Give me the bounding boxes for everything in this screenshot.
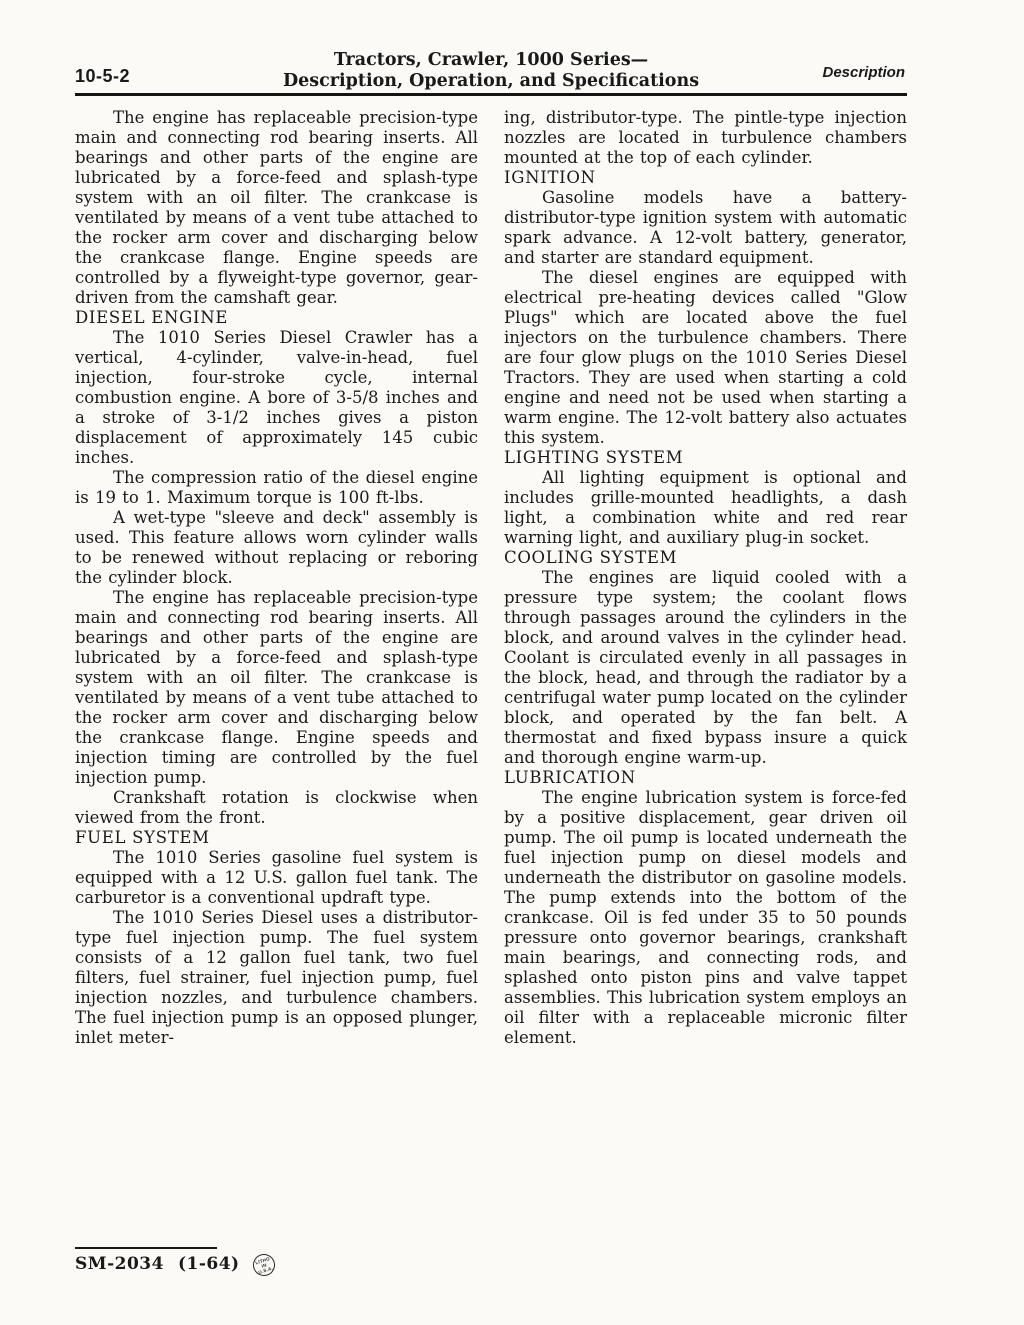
section-heading-diesel-engine: DIESEL ENGINE [75,308,478,328]
paragraph: Gasoline models have a battery-distribut… [504,188,907,268]
section-heading-fuel-system: FUEL SYSTEM [75,828,478,848]
paragraph: The 1010 Series Diesel uses a distributo… [75,908,478,1048]
paragraph: The 1010 Series gasoline fuel system is … [75,848,478,908]
paragraph: All lighting equipment is optional and i… [504,468,907,548]
page-header-title: Tractors, Crawler, 1000 Series— Descript… [75,50,907,92]
paragraph: The engine lubrication system is force-f… [504,788,907,1048]
header-title-line1: Tractors, Crawler, 1000 Series— [75,50,907,71]
manual-page: 10-5-2 Tractors, Crawler, 1000 Series— D… [0,0,1024,1325]
paragraph: The engines are liquid cooled with a pre… [504,568,907,768]
footer-rule [75,1247,217,1249]
header-rule [75,93,907,96]
paragraph: A wet-type "sleeve and deck" assembly is… [75,508,478,588]
revision-date: (1-64) [178,1254,240,1274]
running-head-section: Description [822,64,905,81]
paragraph: The 1010 Series Diesel Crawler has a ver… [75,328,478,468]
header-title-line2: Description, Operation, and Specificatio… [75,71,907,92]
right-column: ing, distributor-type. The pintle-type i… [504,108,907,1048]
paragraph: The engine has replaceable precision-typ… [75,588,478,788]
section-heading-lubrication: LUBRICATION [504,768,907,788]
paragraph-continuation: ing, distributor-type. The pintle-type i… [504,108,907,168]
document-code: SM-2034 [75,1254,164,1274]
section-heading-cooling-system: COOLING SYSTEM [504,548,907,568]
left-column: The engine has replaceable precision-typ… [75,108,478,1048]
body-columns: The engine has replaceable precision-typ… [75,108,907,1048]
paragraph: Crankshaft rotation is clockwise when vi… [75,788,478,828]
paragraph: The engine has replaceable precision-typ… [75,108,478,308]
footer: SM-2034 (1-64) LITHO IN U.S.A. [75,1252,275,1276]
paragraph: The compression ratio of the diesel engi… [75,468,478,508]
stamp-text: U.S.A. [257,1265,273,1274]
litho-stamp-icon: LITHO IN U.S.A. [250,1251,278,1279]
paragraph: The diesel engines are equipped with ele… [504,268,907,448]
section-heading-lighting-system: LIGHTING SYSTEM [504,448,907,468]
section-heading-ignition: IGNITION [504,168,907,188]
